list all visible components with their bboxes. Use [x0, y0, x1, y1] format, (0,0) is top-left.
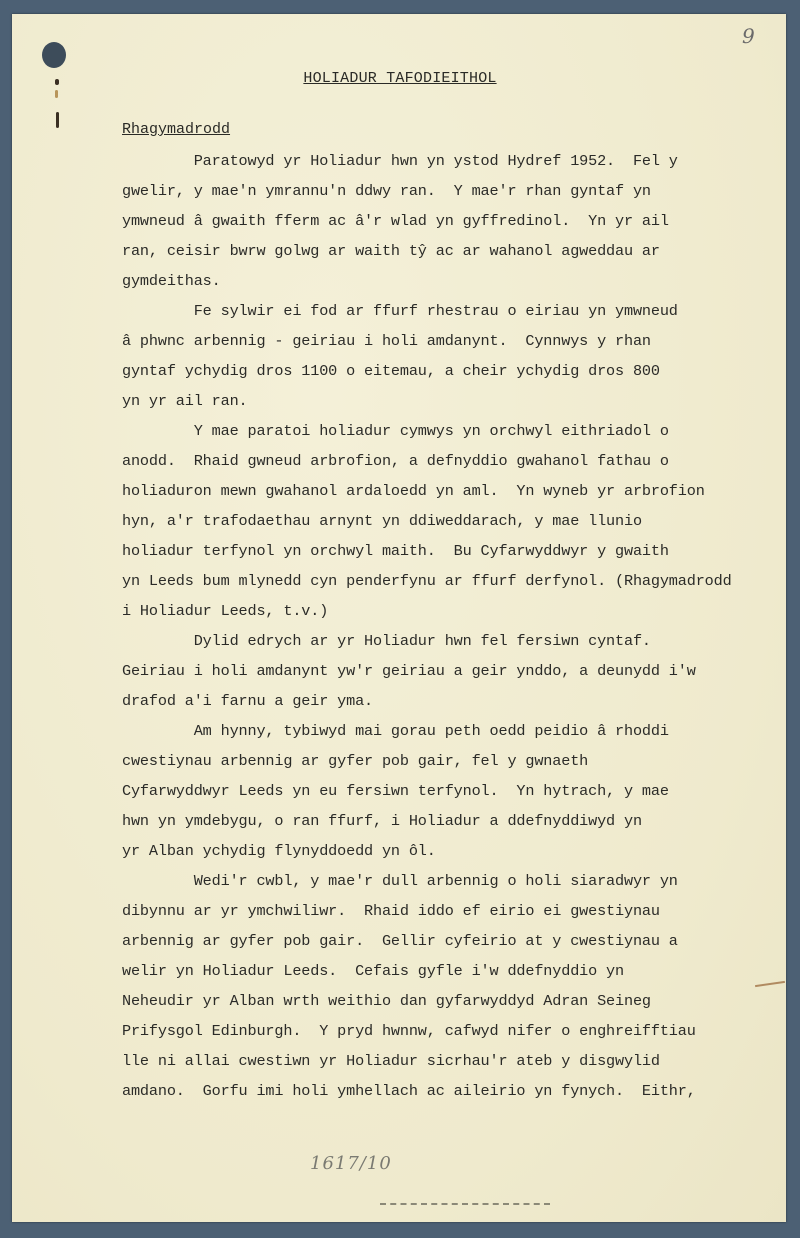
paragraph: Dylid edrych ar yr Holiadur hwn fel fers… — [122, 626, 800, 716]
text-line: Y mae paratoi holiadur cymwys yn orchwyl… — [122, 416, 800, 446]
text-line: holiaduron mewn gwahanol ardaloedd yn am… — [122, 476, 800, 506]
text-line: hyn, a'r trafodaethau arnynt yn ddiwedda… — [122, 506, 800, 536]
text-line: arbennig ar gyfer pob gair. Gellir cyfei… — [122, 926, 800, 956]
text-line: gwelir, y mae'n ymrannu'n ddwy ran. Y ma… — [122, 176, 800, 206]
text-line: holiadur terfynol yn orchwyl maith. Bu C… — [122, 536, 800, 566]
section-heading: Rhagymadrodd — [122, 121, 230, 138]
document-title: HOLIADUR TAFODIEITHOL — [0, 70, 800, 87]
text-line: amdano. Gorfu imi holi ymhellach ac aile… — [122, 1076, 800, 1106]
text-line: dibynnu ar yr ymchwiliwr. Rhaid iddo ef … — [122, 896, 800, 926]
text-line: lle ni allai cwestiwn yr Holiadur sicrha… — [122, 1046, 800, 1076]
text-line: Am hynny, tybiwyd mai gorau peth oedd pe… — [122, 716, 800, 746]
text-line: i Holiadur Leeds, t.v.) — [122, 596, 800, 626]
text-line: welir yn Holiadur Leeds. Cefais gyfle i'… — [122, 956, 800, 986]
text-line: anodd. Rhaid gwneud arbrofion, a defnydd… — [122, 446, 800, 476]
paragraph: Paratowyd yr Holiadur hwn yn ystod Hydre… — [122, 146, 800, 296]
punch-hole — [42, 42, 66, 68]
bottom-rule — [380, 1203, 550, 1206]
paragraph: Am hynny, tybiwyd mai gorau peth oedd pe… — [122, 716, 800, 866]
text-line: Dylid edrych ar yr Holiadur hwn fel fers… — [122, 626, 800, 656]
text-line: yn Leeds bum mlynedd cyn penderfynu ar f… — [122, 566, 800, 596]
text-line: Geiriau i holi amdanynt yw'r geiriau a g… — [122, 656, 800, 686]
text-line: ran, ceisir bwrw golwg ar waith tŷ ac ar… — [122, 236, 800, 266]
text-line: hwn yn ymdebygu, o ran ffurf, i Holiadur… — [122, 806, 800, 836]
paragraph: Wedi'r cwbl, y mae'r dull arbennig o hol… — [122, 866, 800, 1106]
document-body: Paratowyd yr Holiadur hwn yn ystod Hydre… — [122, 146, 800, 1106]
text-line: gymdeithas. — [122, 266, 800, 296]
text-line: cwestiynau arbennig ar gyfer pob gair, f… — [122, 746, 800, 776]
text-line: Prifysgol Edinburgh. Y pryd hwnnw, cafwy… — [122, 1016, 800, 1046]
paragraph: Fe sylwir ei fod ar ffurf rhestrau o eir… — [122, 296, 800, 416]
rust-mark — [55, 90, 58, 98]
handwritten-reference: 1617/10 — [310, 1153, 392, 1174]
text-line: Paratowyd yr Holiadur hwn yn ystod Hydre… — [122, 146, 800, 176]
text-line: â phwnc arbennig - geiriau i holi amdany… — [122, 326, 800, 356]
text-line: gyntaf ychydig dros 1100 o eitemau, a ch… — [122, 356, 800, 386]
ink-mark — [56, 112, 59, 128]
text-line: yn yr ail ran. — [122, 386, 800, 416]
text-line: ymwneud â gwaith fferm ac â'r wlad yn gy… — [122, 206, 800, 236]
text-line: yr Alban ychydig flynyddoedd yn ôl. — [122, 836, 800, 866]
text-line: Wedi'r cwbl, y mae'r dull arbennig o hol… — [122, 866, 800, 896]
page-number: 9 — [742, 24, 755, 48]
text-line: drafod a'i farnu a geir yma. — [122, 686, 800, 716]
text-line: Fe sylwir ei fod ar ffurf rhestrau o eir… — [122, 296, 800, 326]
paragraph: Y mae paratoi holiadur cymwys yn orchwyl… — [122, 416, 800, 626]
text-line: Cyfarwyddwyr Leeds yn eu fersiwn terfyno… — [122, 776, 800, 806]
text-line: Neheudir yr Alban wrth weithio dan gyfar… — [122, 986, 800, 1016]
